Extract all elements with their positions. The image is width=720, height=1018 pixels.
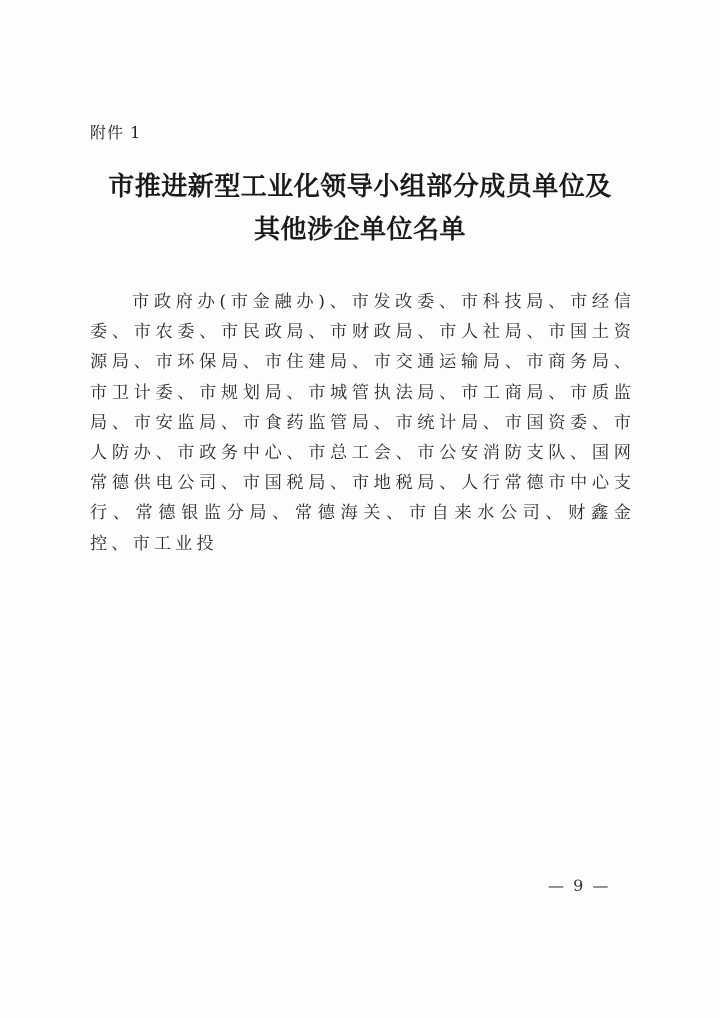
attachment-label: 附件 1	[90, 120, 141, 143]
page-number: — 9 —	[548, 876, 610, 895]
document-title-line-1: 市推进新型工业化领导小组部分成员单位及	[0, 166, 720, 203]
document-title-line-2: 其他涉企单位名单	[0, 209, 720, 246]
document-page: 附件 1 市推进新型工业化领导小组部分成员单位及 其他涉企单位名单 市政府办(市…	[0, 0, 720, 1018]
unit-list-paragraph: 市政府办(市金融办)、市发改委、市科技局、市经信委、市农委、市民政局、市财政局、…	[90, 287, 635, 559]
